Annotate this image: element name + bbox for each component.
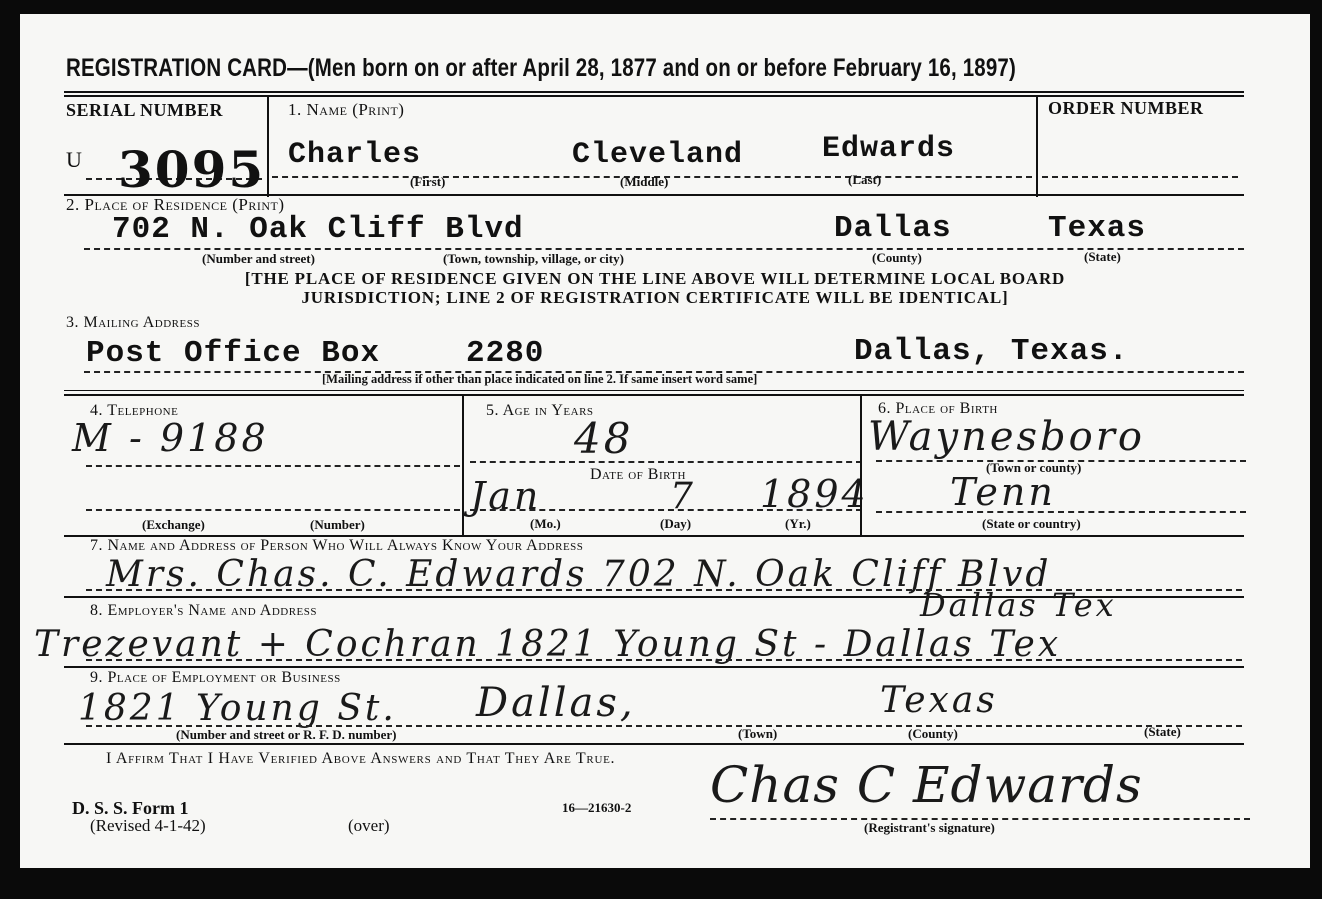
name-first[interactable]: Charles <box>288 138 421 172</box>
residence-county-caption: (County) <box>872 250 922 266</box>
mailing-line-right[interactable]: Dallas, Texas. <box>854 334 1128 369</box>
form-revised: (Revised 4-1-42) <box>90 816 206 836</box>
registration-card: REGISTRATION CARD—(Men born on or after … <box>20 14 1310 868</box>
dob-month-caption: (Mo.) <box>530 516 561 532</box>
residence-town-caption: (Town, township, village, or city) <box>443 251 624 267</box>
serial-number-value[interactable]: 3095 <box>118 140 265 199</box>
contact-value-line2[interactable]: Dallas Tex <box>920 586 1117 624</box>
employment-county[interactable]: Texas <box>880 680 998 721</box>
order-number-line <box>1042 176 1238 178</box>
residence-line <box>84 248 1244 250</box>
mailing-box-number[interactable]: 2280 <box>466 336 544 371</box>
telephone-value[interactable]: M - 9188 <box>72 416 269 460</box>
jurisdiction-notice-line1: [THE PLACE OF RESIDENCE GIVEN ON THE LIN… <box>110 269 1200 288</box>
mailing-rule-top <box>64 390 1244 391</box>
employment-town-caption: (Town) <box>738 726 777 742</box>
employment-town[interactable]: Dallas, <box>476 680 636 726</box>
contact-label: 7. Name and Address of Person Who Will A… <box>90 537 583 555</box>
birthplace-town[interactable]: Waynesboro <box>868 414 1145 460</box>
residence-county[interactable]: Dallas <box>834 211 952 246</box>
signature-caption: (Registrant's signature) <box>864 820 995 836</box>
row8-rule <box>64 666 1244 668</box>
name-middle-caption: (Middle) <box>620 174 668 190</box>
employment-label: 9. Place of Employment or Business <box>90 669 341 687</box>
dob-month[interactable]: Jan <box>470 474 541 518</box>
mailing-rule-bottom <box>64 394 1244 396</box>
employer-label: 8. Employer's Name and Address <box>90 602 317 620</box>
age-line <box>470 461 862 463</box>
mailing-label: 3. Mailing Address <box>66 314 200 332</box>
serial-divider <box>267 97 269 197</box>
form-print-code: 16—21630-2 <box>562 800 631 816</box>
form-title: REGISTRATION CARD—(Men born on or after … <box>66 54 1016 83</box>
telephone-line2 <box>86 509 460 511</box>
dob-day-caption: (Day) <box>660 516 691 532</box>
employer-line <box>86 659 1242 661</box>
name-label: 1. Name (Print) <box>288 100 404 120</box>
residence-street-caption: (Number and street) <box>202 251 315 267</box>
jurisdiction-notice: [THE PLACE OF RESIDENCE GIVEN ON THE LIN… <box>110 269 1200 307</box>
name-last-caption: (Last) <box>848 172 881 188</box>
telephone-line1 <box>86 465 460 467</box>
employment-state-caption: (State) <box>1144 724 1181 740</box>
telephone-number-caption: (Number) <box>310 517 365 533</box>
order-divider <box>1036 97 1038 197</box>
age-value[interactable]: 48 <box>574 414 633 463</box>
residence-street[interactable]: 702 N. Oak Cliff Blvd <box>112 212 524 247</box>
serial-number-label: SERIAL NUMBER <box>66 100 223 121</box>
dob-year-caption: (Yr.) <box>785 516 811 532</box>
title-rule-bottom <box>64 95 1244 97</box>
telephone-exchange-caption: (Exchange) <box>142 517 205 533</box>
order-number-label: ORDER NUMBER <box>1048 98 1204 119</box>
serial-prefix: U <box>66 147 82 173</box>
birthplace-line2 <box>876 511 1246 513</box>
employment-street-caption: (Number and street or R. F. D. number) <box>176 727 397 743</box>
name-first-caption: (First) <box>410 174 445 190</box>
age-divider <box>860 396 862 536</box>
birthplace-state-caption: (State or country) <box>982 516 1081 532</box>
birthplace-state[interactable]: Tenn <box>950 470 1056 514</box>
dob-line <box>470 509 862 511</box>
row9-rule <box>64 743 1244 745</box>
residence-state[interactable]: Texas <box>1048 211 1146 246</box>
name-middle[interactable]: Cleveland <box>572 138 743 172</box>
jurisdiction-notice-line2: JURISDICTION; LINE 2 OF REGISTRATION CER… <box>110 288 1200 307</box>
telephone-divider <box>462 396 464 536</box>
name-last[interactable]: Edwards <box>822 132 955 166</box>
registrant-signature[interactable]: Chas C Edwards <box>710 756 1143 814</box>
affirmation-text: I Affirm That I Have Verified Above Answ… <box>106 750 615 768</box>
employment-street[interactable]: 1821 Young St. <box>78 688 397 729</box>
employment-county-caption: (County) <box>908 726 958 742</box>
title-rule-top <box>64 91 1244 93</box>
form-over: (over) <box>348 816 390 836</box>
residence-state-caption: (State) <box>1084 249 1121 265</box>
mailing-caption: [Mailing address if other than place ind… <box>322 372 757 387</box>
mailing-line-left[interactable]: Post Office Box <box>86 336 380 371</box>
